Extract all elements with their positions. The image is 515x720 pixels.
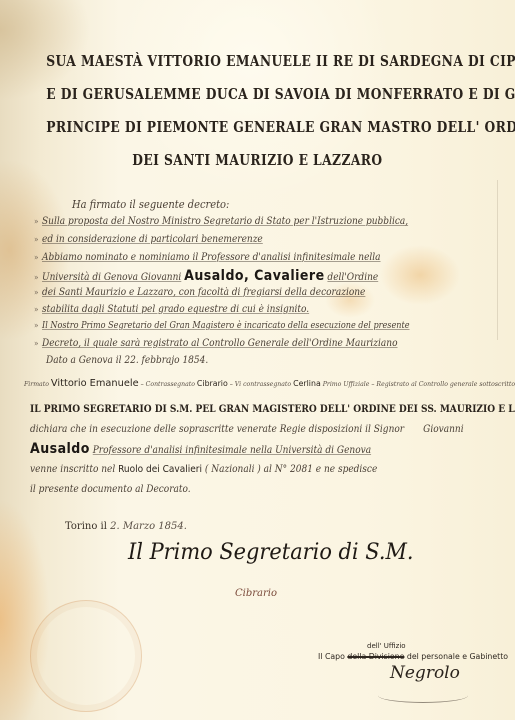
heading-line-4: DEI SANTI MAURIZIO E LAZZARO — [46, 151, 468, 169]
secretary-heading: IL PRIMO SEGRETARIO DI S.M. PEL GRAN MAG… — [30, 403, 434, 415]
recipient-surname: Ausaldo — [30, 441, 90, 457]
declaration-line-3: venne inscritto nel Ruolo dei Cavalieri … — [30, 464, 377, 475]
primo-segretario-signature: Cibrario — [235, 588, 277, 599]
decree-line-3: »Abbiamo nominato e nominiamo il Profess… — [34, 252, 381, 263]
decree-line-6: »stabilita dagli Statuti pel grado eques… — [34, 304, 309, 315]
declaration-line-4: il presente documento al Decorato. — [30, 484, 191, 495]
decree-line-1: »Sulla proposta del Nostro Ministro Segr… — [34, 216, 408, 227]
bullet-mark: » — [34, 305, 38, 314]
decree-date: Dato a Genova il 22. febbrajo 1854. — [46, 355, 208, 366]
signature-vittorio-emanuele: Vittorio Emanuele — [51, 378, 139, 389]
capo-line: Il Capo della Divisione del personale e … — [318, 652, 508, 661]
decree-intro: Ha firmato il seguente decreto: — [72, 198, 229, 211]
primo-segretario-title: Il Primo Segretario di S.M. — [128, 540, 414, 565]
document-page: SUA MAESTÀ VITTORIO EMANUELE II RE DI SA… — [0, 0, 515, 720]
margin-rule — [497, 180, 498, 340]
signature-flourish — [378, 688, 468, 703]
bullet-mark: » — [34, 253, 38, 262]
issue-date: Torino il 2. Marzo 1854. — [65, 521, 187, 532]
heading-line-3: PRINCIPE DI PIEMONTE GENERALE GRAN MASTR… — [46, 118, 468, 136]
decree-line-7: »Il Nostro Primo Segretario del Gran Mag… — [34, 321, 410, 331]
bullet-mark: » — [34, 339, 38, 348]
signature-cerlina: Cerlina — [293, 379, 321, 388]
bullet-mark: » — [34, 288, 38, 297]
recipient-name: Ausaldo, Cavaliere — [184, 268, 324, 284]
capo-correction: dell' Uffizio — [367, 642, 406, 650]
heading-line-1: SUA MAESTÀ VITTORIO EMANUELE II RE DI SA… — [46, 52, 468, 70]
declaration-line-1: dichiara che in esecuzione delle soprasc… — [30, 424, 464, 435]
decree-line-8: »Decreto, il quale sarà registrato al Co… — [34, 338, 398, 349]
bullet-mark: » — [34, 273, 38, 282]
bullet-mark: » — [34, 321, 38, 330]
ruolo-dei-cavalieri: Ruolo dei Cavalieri — [118, 464, 202, 475]
signature-cibrario: Cibrario — [197, 379, 228, 388]
declaration-line-2: Ausaldo Professore d'analisi infinitesim… — [30, 441, 371, 457]
bullet-mark: » — [34, 235, 38, 244]
countersign-line: Firmato Vittorio Emanuele – Contrassegna… — [24, 378, 515, 389]
bullet-mark: » — [34, 217, 38, 226]
embossed-seal-icon — [30, 600, 142, 712]
capo-signature: Negrolo — [390, 663, 460, 683]
decree-line-5: »dei Santi Maurizio e Lazzaro, con facol… — [34, 287, 365, 298]
heading-line-2: E DI GERUSALEMME DUCA DI SAVOIA DI MONFE… — [46, 85, 468, 103]
decree-line-2: »ed in considerazione di particolari ben… — [34, 234, 263, 245]
decree-line-4: »Università di Genova Giovanni Ausaldo, … — [34, 268, 378, 284]
